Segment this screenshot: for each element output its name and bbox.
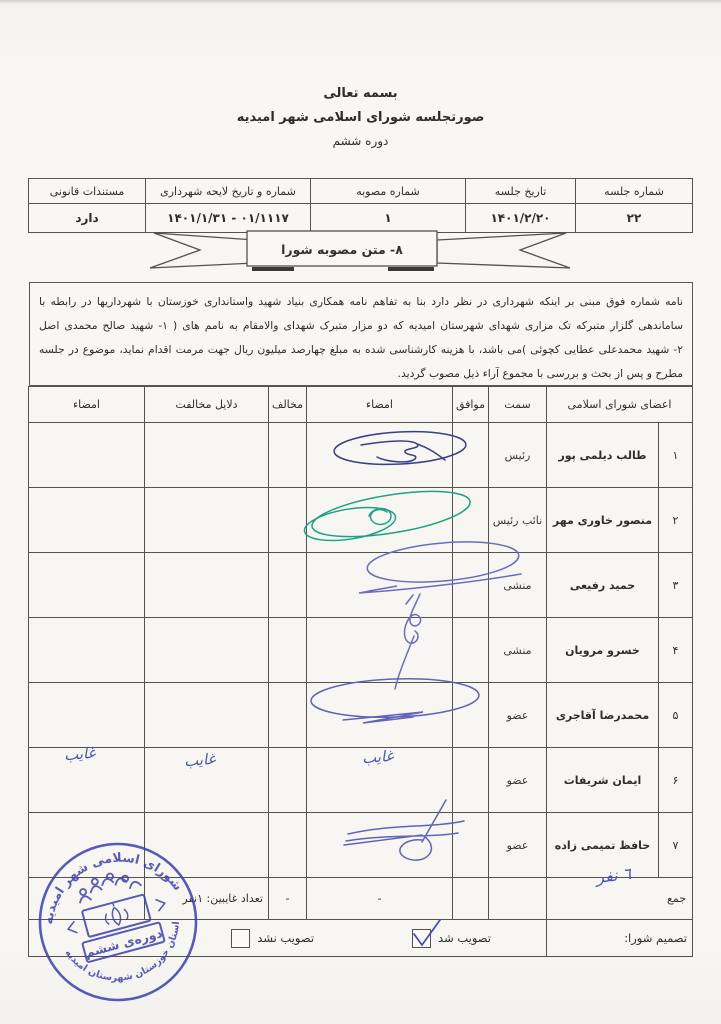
oppose-cell — [268, 748, 306, 813]
agree-cell — [452, 683, 488, 748]
signature2-cell — [28, 748, 144, 813]
member-name: منصور خاوری مهر — [546, 488, 658, 553]
resolution-text-box: نامه شماره فوق مبنی بر اینکه شهرداری در … — [29, 282, 693, 386]
reasons-cell — [144, 553, 268, 618]
decision-row: تصمیم شورا: تصویب شد تصویب نشد — [28, 920, 692, 957]
signature2-cell — [28, 813, 144, 878]
document-header: بسمه تعالی صورتجلسه شورای اسلامی شهر امی… — [0, 86, 721, 148]
rejected-label: تصویب نشد — [257, 931, 314, 945]
decision-options-cell: تصویب شد تصویب نشد — [28, 920, 546, 957]
signature-cell — [306, 618, 452, 683]
approved-label: تصویب شد — [438, 931, 491, 945]
members-header-row: اعضای شورای اسلامی سمت موافق امضاء مخالف… — [28, 387, 692, 423]
document-title: صورتجلسه شورای اسلامی شهر امیدیه — [0, 110, 721, 125]
handwritten-check-icon — [409, 917, 445, 951]
row-number: ۷ — [659, 813, 693, 878]
absent-count: تعداد غایبین: ۱نفر — [144, 878, 268, 920]
reasons-cell — [144, 488, 268, 553]
signature2-cell — [28, 618, 144, 683]
row-number: ۲ — [659, 488, 693, 553]
session-date-header: تاریخ جلسه — [466, 179, 576, 204]
resolution-number-header: شماره مصوبه — [311, 179, 466, 204]
ribbon-right-tail — [437, 233, 570, 268]
member-position: منشی — [488, 618, 546, 683]
reasons-cell — [144, 683, 268, 748]
signature-header: امضاء — [306, 387, 452, 423]
member-row: ۲ منصور خاوری مهر نائب رئیس — [28, 488, 692, 553]
member-row: ۷ حافظ تمیمی زاده عضو — [28, 813, 692, 878]
member-name: حافظ تمیمی زاده — [546, 813, 658, 878]
signature2-header: امضاء — [28, 387, 144, 423]
empty-cell — [452, 878, 488, 920]
member-position: منشی — [488, 553, 546, 618]
member-position: نائب رئیس — [488, 488, 546, 553]
rejected-checkbox[interactable] — [231, 929, 250, 948]
members-votes-table: اعضای شورای اسلامی سمت موافق امضاء مخالف… — [28, 386, 693, 957]
member-position: رئیس — [488, 423, 546, 488]
row-number: ۳ — [659, 553, 693, 618]
resolution-line-1: نامه شماره فوق مبنی بر اینکه شهرداری در … — [39, 290, 683, 314]
total-label: جمع — [546, 878, 692, 920]
member-name: حمید رفیعی — [546, 553, 658, 618]
resolution-line-3: ۲- شهید محمدعلی عطایی کچوئی )می باشد، با… — [39, 338, 683, 362]
reasons-cell — [144, 618, 268, 683]
member-name: محمدرضا آقاجری — [546, 683, 658, 748]
oppose-header: مخالف — [268, 387, 306, 423]
info-header-row: شماره جلسه تاریخ جلسه شماره مصوبه شماره … — [29, 179, 693, 204]
summary-row: جمع - - تعداد غایبین: ۱نفر — [28, 878, 692, 920]
decision-label: تصمیم شورا: — [546, 920, 692, 957]
reasons-cell — [144, 813, 268, 878]
position-header: سمت — [488, 387, 546, 423]
signature-total-dash: - — [306, 878, 452, 920]
ribbon-label: ۸- متن مصوبه شورا — [281, 242, 403, 257]
signature-cell — [306, 748, 452, 813]
reasons-cell — [144, 423, 268, 488]
member-row: ۶ ایمان شریفات عضو — [28, 748, 692, 813]
signature-cell — [306, 683, 452, 748]
signature-cell — [306, 423, 452, 488]
oppose-cell — [268, 488, 306, 553]
resolution-line-4: مطرح و پس از بحث و بررسی با مجموع آراء ذ… — [39, 362, 683, 386]
signature2-cell — [28, 553, 144, 618]
reasons-cell — [144, 748, 268, 813]
oppose-cell — [268, 813, 306, 878]
opposition-reasons-header: دلایل مخالفت — [144, 387, 268, 423]
signature-cell — [306, 488, 452, 553]
oppose-cell — [268, 683, 306, 748]
agree-cell — [452, 813, 488, 878]
row-number: ۶ — [659, 748, 693, 813]
oppose-cell — [268, 618, 306, 683]
empty-cell — [488, 878, 546, 920]
oppose-total-dash: - — [268, 878, 306, 920]
legal-docs-header: مستندات قانونی — [29, 179, 146, 204]
agree-cell — [452, 423, 488, 488]
signature2-cell — [28, 488, 144, 553]
row-number: ۵ — [659, 683, 693, 748]
member-position: عضو — [488, 813, 546, 878]
oppose-cell — [268, 553, 306, 618]
signature-cell — [306, 813, 452, 878]
row-number: ۱ — [659, 423, 693, 488]
session-number-header: شماره جلسه — [576, 179, 693, 204]
member-row: ۱ طالب دیلمی پور رئیس — [28, 423, 692, 488]
member-row: ۵ محمدرضا آقاجری عضو — [28, 683, 692, 748]
scanned-council-minutes-page: بسمه تعالی صورتجلسه شورای اسلامی شهر امی… — [0, 0, 721, 1024]
bismillah-text: بسمه تعالی — [0, 86, 721, 101]
member-name: ایمان شریفات — [546, 748, 658, 813]
signature-cell — [306, 553, 452, 618]
member-name: خسرو مرویان — [546, 618, 658, 683]
empty-cell — [28, 878, 144, 920]
agree-cell — [452, 618, 488, 683]
agree-header: موافق — [452, 387, 488, 423]
approved-checkbox[interactable] — [412, 929, 431, 948]
signature2-cell — [28, 423, 144, 488]
member-name: طالب دیلمی پور — [546, 423, 658, 488]
members-header: اعضای شورای اسلامی — [546, 387, 692, 423]
section-ribbon-banner: ۸- متن مصوبه شورا — [140, 228, 580, 278]
council-term: دوره ششم — [0, 134, 721, 148]
agree-cell — [452, 488, 488, 553]
session-info-table: شماره جلسه تاریخ جلسه شماره مصوبه شماره … — [28, 178, 693, 233]
bill-number-date-header: شماره و تاریخ لایحه شهرداری — [146, 179, 311, 204]
signature2-cell — [28, 683, 144, 748]
row-number: ۴ — [659, 618, 693, 683]
session-number-value: ۲۲ — [576, 204, 693, 233]
legal-docs-value: دارد — [29, 204, 146, 233]
member-row: ۴ خسرو مرویان منشی — [28, 618, 692, 683]
resolution-line-2: ساماندهی گلزار متبرکه تک مزاری شهدای شهر… — [39, 314, 683, 338]
agree-cell — [452, 553, 488, 618]
oppose-cell — [268, 423, 306, 488]
agree-cell — [452, 748, 488, 813]
ribbon-left-tail — [150, 233, 255, 268]
member-position: عضو — [488, 683, 546, 748]
member-row: ۳ حمید رفیعی منشی — [28, 553, 692, 618]
member-position: عضو — [488, 748, 546, 813]
